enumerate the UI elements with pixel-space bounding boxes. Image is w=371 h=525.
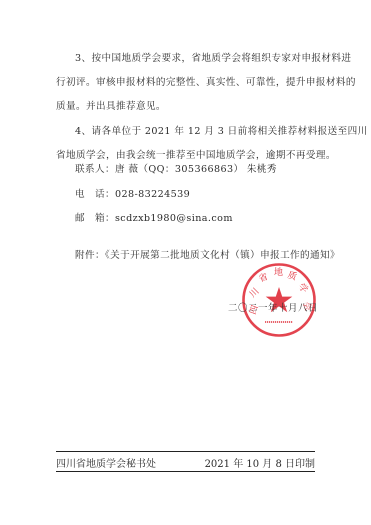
footer-print-date: 2021 年 10 月 8 日印制 [205, 455, 315, 470]
svg-text:地: 地 [274, 266, 283, 278]
paragraph-3-line-2: 行初评。审核申报材料的完整性、真实性、可靠性，提升申报材料的 [56, 77, 356, 89]
svg-text:学: 学 [296, 281, 311, 296]
document-footer: 四川省地质学会秘书处 2021 年 10 月 8 日印制 [56, 451, 315, 472]
footer-issuer: 四川省地质学会秘书处 [56, 455, 156, 470]
contact-email: 邮 箱：scdzxb1980@sina.com [75, 213, 233, 225]
paragraph-3-line-1: 3、按中国地质学会要求，省地质学会将组织专家对申报材料进 [75, 53, 351, 65]
paragraph-3-line-3: 质量。并出具推荐意见。 [56, 101, 166, 113]
svg-text:省: 省 [257, 270, 270, 284]
svg-text:川: 川 [247, 286, 261, 300]
contact-phone: 电 话：028-83224539 [75, 189, 190, 201]
paragraph-4-line-1: 4、请各单位于 2021 年 12 月 3 日前将相关推荐材料报送至四川 [75, 126, 368, 138]
paragraph-4-line-2: 省地质学会，由我会统一推荐至中国地质学会，逾期不再受理。 [56, 150, 336, 162]
contact-people: 联系人：唐 薇（QQ：305366863） 朱桃秀 [75, 164, 277, 176]
document-page: 3、按中国地质学会要求，省地质学会将组织专家对申报材料进 行初评。审核申报材料的… [0, 0, 371, 525]
attachment-note: 附件：《关于开展第二批地质文化村（镇）申报工作的通知》 [75, 250, 340, 262]
signature-date: 二〇二一年十月八日 [228, 300, 318, 314]
